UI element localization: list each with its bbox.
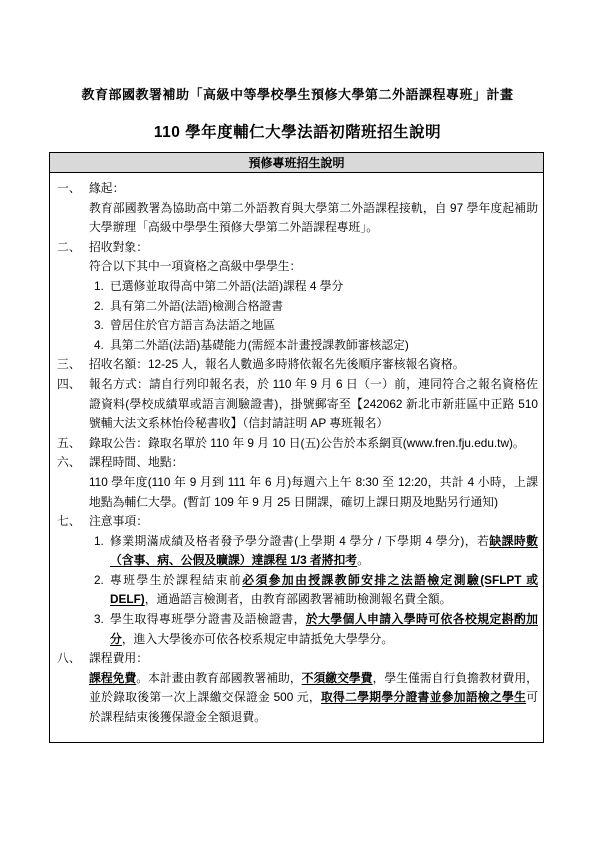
paragraph: 注意事項： [89,512,538,532]
paragraph: 課程免費。本計畫由教育部國教署補助，不須繳交學費，學生僅需自行負擔教材費用，並於… [89,669,538,728]
paragraph: 符合以下其中一項資格之高級中學學生： [89,257,538,277]
text-run: 曾居住於官方語言為法語之地區 [110,318,275,332]
list-item-number: 1. [94,277,110,297]
item-number: 七、 [56,512,89,649]
list-item-content: 專班學生於課程結束前必須參加由授課教師安排之法語檢定測驗(SFLPT 或 DEL… [110,571,538,610]
list-item-number: 3. [94,610,110,649]
item-content: 報名方式：請自行列印報名表，於 110 年 9 月 6 日（一）前，連同符合之報… [89,375,538,434]
paragraph: 緣起： [89,179,538,199]
section-item: 三、招收名額：12-25 人，報名人數過多時將依報名先後順序審核報名資格。 [56,355,538,375]
list-item-content: 修業期滿成績及格者發予學分證書(上學期 4 學分 / 下學期 4 學分)，若缺課… [110,532,538,571]
list-item-number: 3. [94,316,110,336]
text-run: 課程免費 [89,671,136,685]
section-item: 二、招收對象：符合以下其中一項資格之高級中學學生：1.已選修並取得高中第二外語(… [56,238,538,356]
document-title: 教育部國教署補助「高級中等學校學生預修大學第二外語課程專班」計畫 [0,84,595,103]
item-number: 八、 [56,649,89,727]
item-number: 四、 [56,375,89,434]
numbered-list-item: 3.學生取得專班學分證書及語檢證書，於大學個人申請入學時可依各校規定斟酌加分，進… [89,610,538,649]
section-item: 八、課程費用：課程免費。本計畫由教育部國教署補助，不須繳交學費，學生僅需自行負擔… [56,649,538,727]
text-run: 專班學生於課程結束前 [110,573,242,587]
paragraph: 招收名額：12-25 人，報名人數過多時將依報名先後順序審核報名資格。 [89,355,538,375]
item-content: 注意事項：1.修業期滿成績及格者發予學分證書(上學期 4 學分 / 下學期 4 … [89,512,538,649]
paragraph: 報名方式：請自行列印報名表，於 110 年 9 月 6 日（一）前，連同符合之報… [89,375,538,434]
numbered-list-item: 4.具第二外語(法語)基礎能力(需經本計畫授課教師審核認定) [89,336,538,356]
list-item-number: 1. [94,532,110,571]
text-run: 具第二外語(法語)基礎能力(需經本計畫授課教師審核認定) [110,338,409,352]
list-item-content: 學生取得專班學分證書及語檢證書，於大學個人申請入學時可依各校規定斟酌加分，進入大… [110,610,538,649]
text-run: 課程時間、地點： [89,455,183,469]
list-item-content: 已選修並取得高中第二外語(法語)課程 4 學分 [110,277,538,297]
text-run: 110 學年度(110 年 9 月到 111 年 6 月)每週六上午 8:30 … [89,475,538,509]
paragraph: 教育部國教署為協助高中第二外語教育與大學第二外語課程接軌，自 97 學年度起補助… [89,199,538,238]
text-run: 招收名額：12-25 人，報名人數過多時將依報名先後順序審核報名資格。 [89,357,465,371]
document-subtitle: 110 學年度輔仁大學法語初階班招生說明 [0,120,595,142]
item-content: 課程費用：課程免費。本計畫由教育部國教署補助，不須繳交學費，學生僅需自行負擔教材… [89,649,538,727]
paragraph: 110 學年度(110 年 9 月到 111 年 6 月)每週六上午 8:30 … [89,473,538,512]
document-page: 教育部國教署補助「高級中等學校學生預修大學第二外語課程專班」計畫 110 學年度… [0,0,595,842]
text-run: 符合以下其中一項資格之高級中學學生： [89,259,301,273]
section-item: 一、緣起：教育部國教署為協助高中第二外語教育與大學第二外語課程接軌，自 97 學… [56,179,538,238]
paragraph: 錄取公告：錄取名單於 110 年 9 月 10 日(五)公告於本系網頁(www.… [89,434,538,454]
item-content: 錄取公告：錄取名單於 110 年 9 月 10 日(五)公告於本系網頁(www.… [89,434,538,454]
text-run: 緣起： [89,181,124,195]
numbered-list-item: 2.專班學生於課程結束前必須參加由授課教師安排之法語檢定測驗(SFLPT 或 D… [89,571,538,610]
item-content: 招收名額：12-25 人，報名人數過多時將依報名先後順序審核報名資格。 [89,355,538,375]
item-number: 五、 [56,434,89,454]
text-run: 。本計畫由教育部國教署補助， [136,671,301,685]
item-number: 二、 [56,238,89,356]
text-run: 。 [357,553,369,567]
table-header: 預修專班招生說明 [50,153,543,173]
item-content: 招收對象：符合以下其中一項資格之高級中學學生：1.已選修並取得高中第二外語(法語… [89,238,538,356]
list-item-content: 具有第二外語(法語)檢測合格證書 [110,297,538,317]
list-item-number: 2. [94,297,110,317]
text-run: 學生取得專班學分證書及語檢證書， [110,612,306,626]
text-run: 注意事項： [89,514,148,528]
numbered-list-item: 2.具有第二外語(法語)檢測合格證書 [89,297,538,317]
text-run: 不須繳交學費 [302,671,373,685]
text-run: 已選修並取得高中第二外語(法語)課程 4 學分 [110,279,343,293]
text-run: 取得二學期學分證書並參加語檢之學生 [321,690,526,704]
text-run: ，進入大學後亦可依各校系規定申請抵免大學學分。 [122,632,393,646]
numbered-list-item: 1.已選修並取得高中第二外語(法語)課程 4 學分 [89,277,538,297]
text-run: 具有第二外語(法語)檢測合格證書 [110,299,283,313]
table-body: 一、緣起：教育部國教署為協助高中第二外語教育與大學第二外語課程接軌，自 97 學… [50,173,543,742]
paragraph: 課程費用： [89,649,538,669]
paragraph: 課程時間、地點： [89,453,538,473]
list-item-content: 具第二外語(法語)基礎能力(需經本計畫授課教師審核認定) [110,336,538,356]
section-item: 七、注意事項：1.修業期滿成績及格者發予學分證書(上學期 4 學分 / 下學期 … [56,512,538,649]
text-run: 錄取公告：錄取名單於 110 年 9 月 10 日(五)公告於本系網頁(www.… [89,436,525,450]
paragraph: 招收對象： [89,238,538,258]
admission-info-table: 預修專班招生說明 一、緣起：教育部國教署為協助高中第二外語教育與大學第二外語課程… [49,152,544,743]
item-content: 緣起：教育部國教署為協助高中第二外語教育與大學第二外語課程接軌，自 97 學年度… [89,179,538,238]
section-item: 四、報名方式：請自行列印報名表，於 110 年 9 月 6 日（一）前，連同符合… [56,375,538,434]
text-run: 教育部國教署為協助高中第二外語教育與大學第二外語課程接軌，自 97 學年度起補助… [89,201,538,235]
text-run: ，通過語言檢測者，由教育部國教署補助檢測報名費全額。 [145,592,452,606]
item-content: 課程時間、地點：110 學年度(110 年 9 月到 111 年 6 月)每週六… [89,453,538,512]
list-item-number: 4. [94,336,110,356]
text-run: 報名方式：請自行列印報名表，於 110 年 9 月 6 日（一）前，連同符合之報… [89,377,538,430]
list-item-content: 曾居住於官方語言為法語之地區 [110,316,538,336]
item-number: 一、 [56,179,89,238]
numbered-list-item: 1.修業期滿成績及格者發予學分證書(上學期 4 學分 / 下學期 4 學分)，若… [89,532,538,571]
text-run: 課程費用： [89,651,148,665]
numbered-list-item: 3.曾居住於官方語言為法語之地區 [89,316,538,336]
text-run: 修業期滿成績及格者發予學分證書(上學期 4 學分 / 下學期 4 學分)，若 [110,534,489,548]
item-number: 六、 [56,453,89,512]
section-item: 五、錄取公告：錄取名單於 110 年 9 月 10 日(五)公告於本系網頁(ww… [56,434,538,454]
section-item: 六、課程時間、地點：110 學年度(110 年 9 月到 111 年 6 月)每… [56,453,538,512]
list-item-number: 2. [94,571,110,610]
item-number: 三、 [56,355,89,375]
text-run: 招收對象： [89,240,148,254]
